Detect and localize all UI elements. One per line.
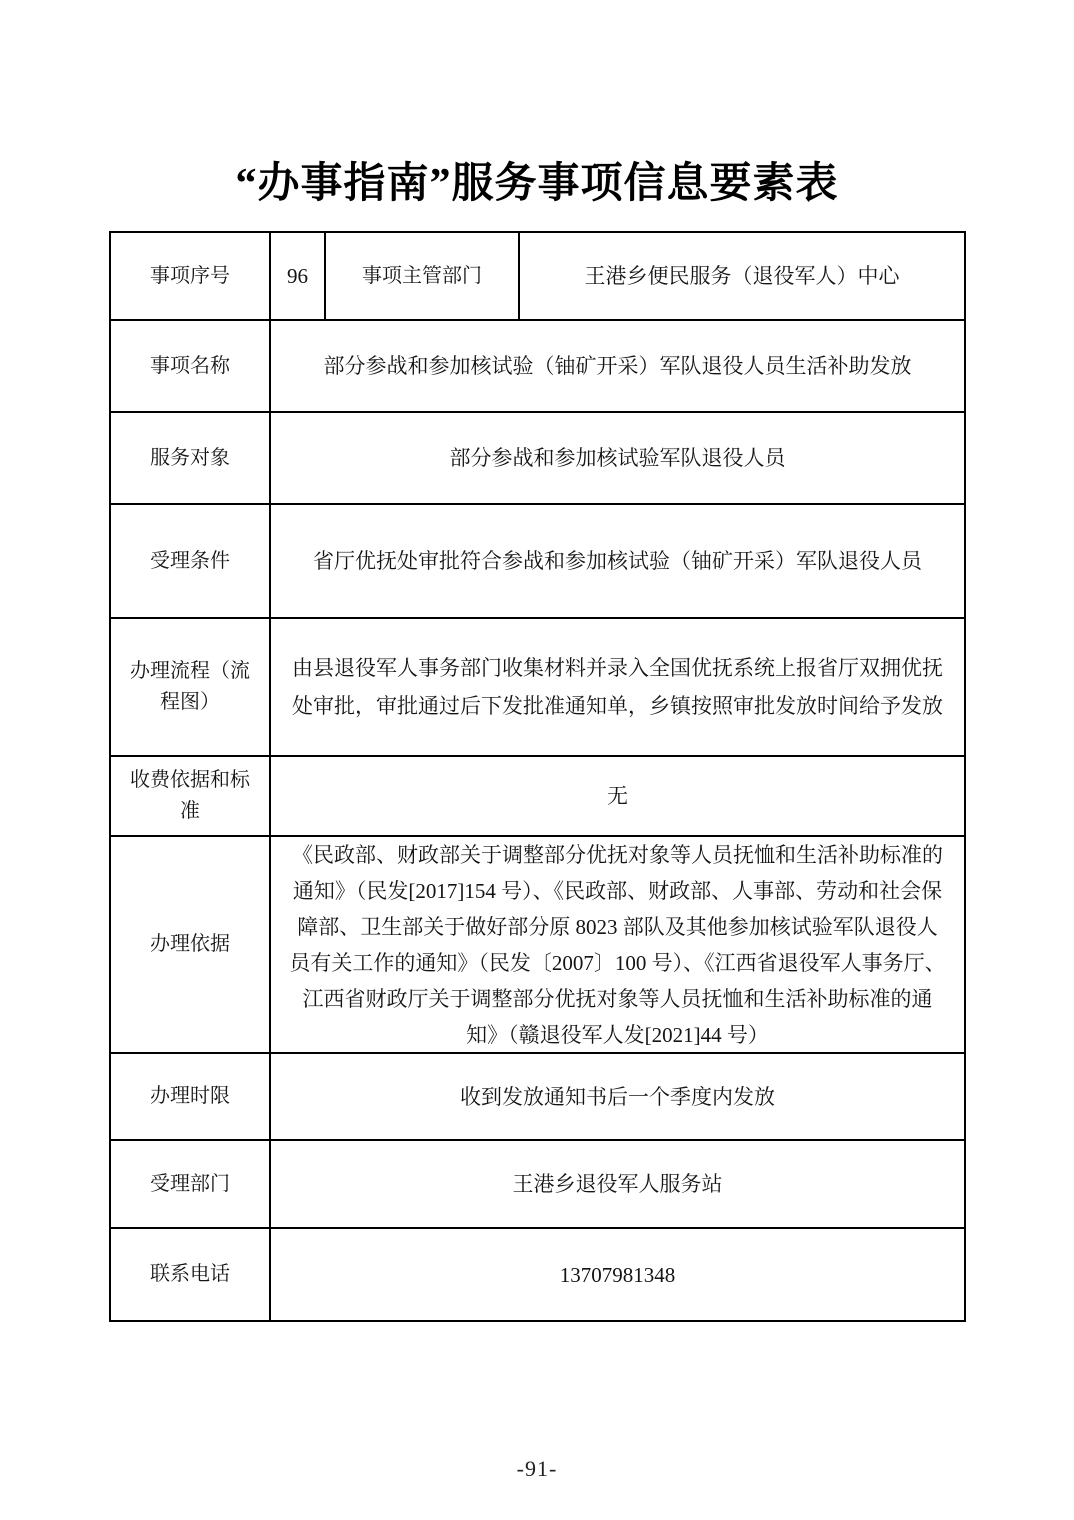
page-number: -91- — [0, 1456, 1074, 1482]
accepting-department-row: 受理部门 王港乡退役军人服务站 — [111, 1141, 964, 1229]
fee-basis-value: 无 — [271, 757, 964, 835]
page-title: “办事指南”服务事项信息要素表 — [0, 150, 1074, 210]
accepting-department-value: 王港乡退役军人服务站 — [271, 1141, 964, 1227]
item-name-value: 部分参战和参加核试验（铀矿开采）军队退役人员生活补助发放 — [271, 321, 964, 411]
handling-time-limit-value: 收到发放通知书后一个季度内发放 — [271, 1054, 964, 1139]
item-name-row: 事项名称 部分参战和参加核试验（铀矿开采）军队退役人员生活补助发放 — [111, 321, 964, 413]
contact-phone-value: 13707981348 — [271, 1229, 964, 1320]
acceptance-condition-label: 受理条件 — [111, 505, 271, 617]
service-target-label: 服务对象 — [111, 413, 271, 503]
item-serial-value: 96 — [271, 233, 326, 319]
acceptance-condition-value: 省厅优抚处审批符合参战和参加核试验（铀矿开采）军队退役人员 — [271, 505, 964, 617]
process-flow-row: 办理流程（流程图） 由县退役军人事务部门收集材料并录入全国优抚系统上报省厅双拥优… — [111, 619, 964, 757]
process-flow-label: 办理流程（流程图） — [111, 619, 271, 755]
service-target-value: 部分参战和参加核试验军队退役人员 — [271, 413, 964, 503]
contact-phone-label: 联系电话 — [111, 1229, 271, 1320]
fee-basis-label: 收费依据和标准 — [111, 757, 271, 835]
handling-basis-row: 办理依据 《民政部、财政部关于调整部分优抚对象等人员抚恤和生活补助标准的通知》（… — [111, 837, 964, 1054]
handling-time-limit-label: 办理时限 — [111, 1054, 271, 1139]
supervising-department-label: 事项主管部门 — [326, 233, 520, 319]
accepting-department-label: 受理部门 — [111, 1141, 271, 1227]
service-target-row: 服务对象 部分参战和参加核试验军队退役人员 — [111, 413, 964, 505]
document-page: “办事指南”服务事项信息要素表 事项序号 96 事项主管部门 王港乡便民服务（退… — [0, 0, 1074, 1520]
fee-basis-row: 收费依据和标准 无 — [111, 757, 964, 837]
process-flow-value: 由县退役军人事务部门收集材料并录入全国优抚系统上报省厅双拥优抚处审批，审批通过后… — [271, 619, 964, 755]
item-serial-row: 事项序号 96 事项主管部门 王港乡便民服务（退役军人）中心 — [111, 233, 964, 321]
acceptance-condition-row: 受理条件 省厅优抚处审批符合参战和参加核试验（铀矿开采）军队退役人员 — [111, 505, 964, 619]
contact-phone-row: 联系电话 13707981348 — [111, 1229, 964, 1320]
service-info-table: 事项序号 96 事项主管部门 王港乡便民服务（退役军人）中心 事项名称 部分参战… — [109, 231, 966, 1322]
handling-basis-label: 办理依据 — [111, 837, 271, 1052]
item-serial-label: 事项序号 — [111, 233, 271, 319]
handling-basis-value: 《民政部、财政部关于调整部分优抚对象等人员抚恤和生活补助标准的通知》（民发[20… — [271, 837, 964, 1052]
item-name-label: 事项名称 — [111, 321, 271, 411]
handling-time-limit-row: 办理时限 收到发放通知书后一个季度内发放 — [111, 1054, 964, 1141]
supervising-department-value: 王港乡便民服务（退役军人）中心 — [520, 233, 964, 319]
